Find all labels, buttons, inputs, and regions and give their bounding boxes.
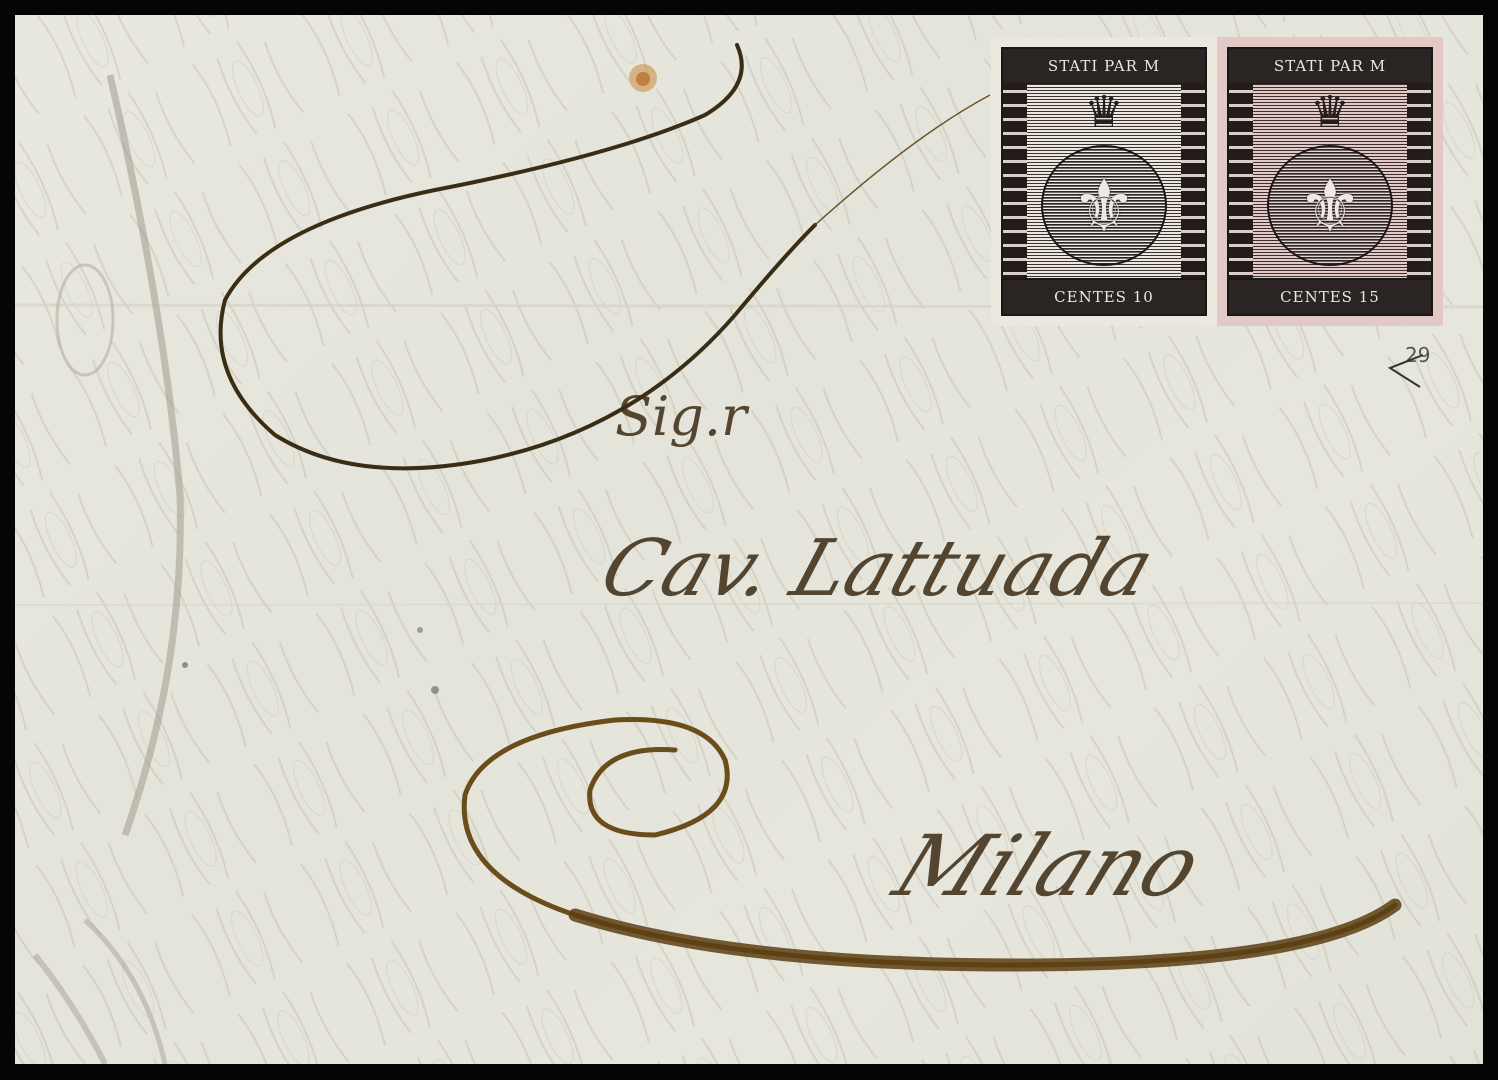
stamp-border: STATI PAR M ♛ ⚜ CENTES 10: [1001, 47, 1207, 316]
stamp-bottom-band: CENTES 10: [1003, 278, 1205, 314]
stamp-field: ♛ ⚜: [1253, 83, 1407, 280]
svg-text:Sig.r: Sig.r: [615, 385, 750, 448]
greek-key-border: [1003, 83, 1027, 280]
stamp-top-text: STATI PAR M: [1048, 57, 1160, 75]
stamp-top-band: STATI PAR M: [1229, 49, 1431, 85]
stamp-top-band: STATI PAR M: [1003, 49, 1205, 85]
greek-key-border: [1229, 83, 1253, 280]
stamp-value-text: CENTES 15: [1280, 288, 1380, 306]
stamp-10-centesimi: STATI PAR M ♛ ⚜ CENTES 10: [991, 37, 1217, 326]
crown-icon: ♛: [1084, 91, 1123, 135]
pencil-note: 29: [1405, 343, 1430, 367]
stamp-oval: ⚜: [1267, 145, 1393, 266]
fleur-de-lis-icon: ⚜: [1072, 170, 1137, 242]
svg-text:Cav. Lattuada: Cav. Lattuada: [591, 523, 1165, 614]
photo-frame: Sig.r Cav. Lattuada Milano STATI PAR M ♛…: [0, 0, 1498, 1080]
stamp-oval: ⚜: [1041, 145, 1167, 266]
stamp-value-text: CENTES 10: [1054, 288, 1154, 306]
stamp-15-centesimi: STATI PAR M ♛ ⚜ CENTES 15: [1217, 37, 1443, 326]
stamp-border: STATI PAR M ♛ ⚜ CENTES 15: [1227, 47, 1433, 316]
svg-text:Milano: Milano: [879, 817, 1215, 915]
letter-cover: Sig.r Cav. Lattuada Milano STATI PAR M ♛…: [15, 15, 1483, 1064]
stamp-top-text: STATI PAR M: [1274, 57, 1386, 75]
stamp-field: ♛ ⚜: [1027, 83, 1181, 280]
crown-icon: ♛: [1310, 91, 1349, 135]
stamp-bottom-band: CENTES 15: [1229, 278, 1431, 314]
greek-key-border: [1181, 83, 1205, 280]
greek-key-border: [1407, 83, 1431, 280]
fleur-de-lis-icon: ⚜: [1298, 170, 1363, 242]
